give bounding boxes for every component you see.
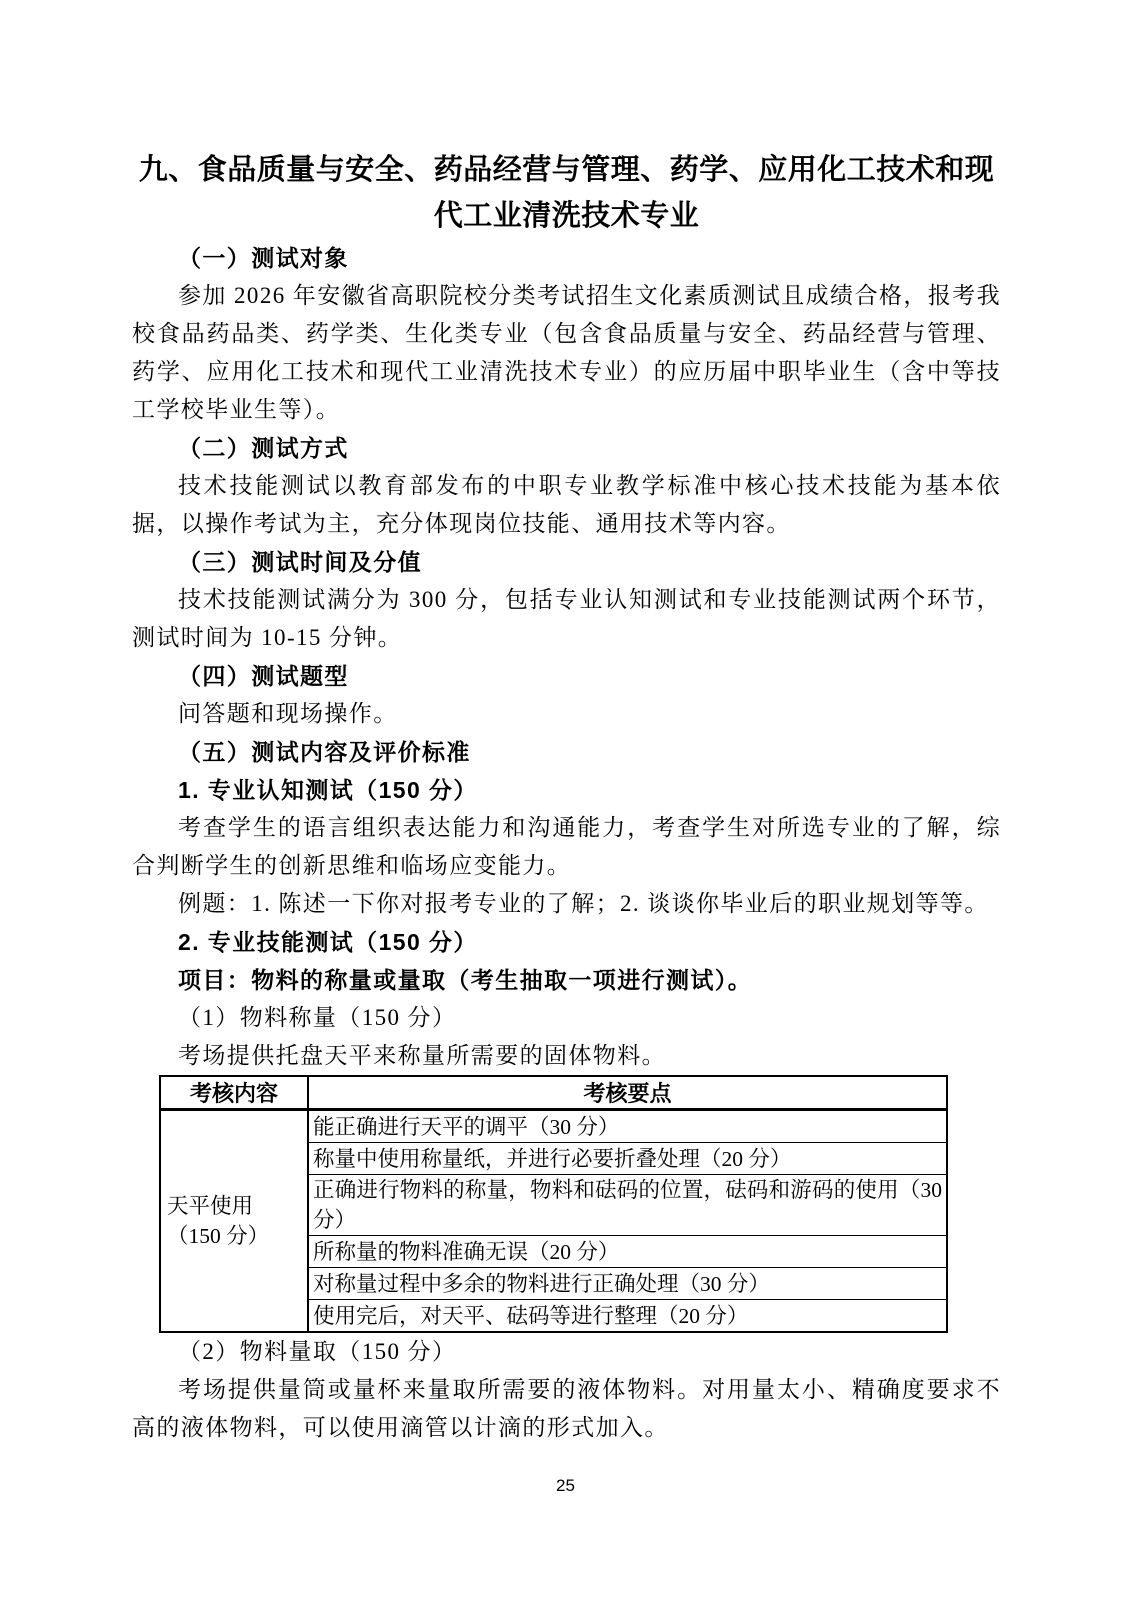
section-3-heading: （三）测试时间及分值 bbox=[132, 543, 1001, 581]
table-row: 天平使用 （150 分） 能正确进行天平的调平（30 分） bbox=[160, 1110, 947, 1143]
table-cell: 使用完后，对天平、砝码等进行整理（20 分） bbox=[308, 1300, 947, 1333]
page-number: 25 bbox=[0, 1476, 1131, 1496]
section-1-paragraph: 参加 2026 年安徽省高职院校分类考试招生文化素质测试且成绩合格，报考我校食品… bbox=[132, 277, 1001, 429]
item-2-heading: 2. 专业技能测试（150 分） bbox=[132, 923, 1001, 961]
subitem-2-heading: （2）物料量取（150 分） bbox=[132, 1333, 1001, 1371]
table-header-row: 考核内容 考核要点 bbox=[160, 1076, 947, 1110]
item-1-paragraph: 考查学生的语言组织表达能力和沟通能力，考查学生对所选专业的了解，综合判断学生的创… bbox=[132, 809, 1001, 885]
section-4-heading: （四）测试题型 bbox=[132, 657, 1001, 695]
section-2-heading: （二）测试方式 bbox=[132, 429, 1001, 467]
section-1-heading: （一）测试对象 bbox=[132, 239, 1001, 277]
table-cell: 对称量过程中多余的物料进行正确处理（30 分） bbox=[308, 1268, 947, 1300]
table-header-points: 考核要点 bbox=[308, 1076, 947, 1110]
item-2-project-line: 项目：物料的称量或量取（考生抽取一项进行测试）。 bbox=[132, 961, 1001, 999]
table-header-content: 考核内容 bbox=[160, 1076, 308, 1110]
document-page: 九、食品质量与安全、药品经营与管理、药学、应用化工技术和现代工业清洗技术专业 （… bbox=[0, 0, 1131, 1600]
table-cell: 正确进行物料的称量，物料和砝码的位置，砝码和游码的使用（30 分） bbox=[308, 1175, 947, 1236]
section-3-paragraph: 技术技能测试满分为 300 分，包括专业认知测试和专业技能测试两个环节，测试时间… bbox=[132, 581, 1001, 657]
subitem-1-paragraph: 考场提供托盘天平来称量所需要的固体物料。 bbox=[132, 1037, 1001, 1075]
assessment-criteria-table: 考核内容 考核要点 天平使用 （150 分） 能正确进行天平的调平（30 分） … bbox=[159, 1075, 948, 1333]
table-cell: 所称量的物料准确无误（20 分） bbox=[308, 1236, 947, 1268]
table-cell: 能正确进行天平的调平（30 分） bbox=[308, 1110, 947, 1143]
subitem-1-heading: （1）物料称量（150 分） bbox=[132, 999, 1001, 1037]
item-1-heading: 1. 专业认知测试（150 分） bbox=[132, 771, 1001, 809]
table-group-label: 天平使用 （150 分） bbox=[160, 1110, 308, 1333]
item-1-example: 例题：1. 陈述一下你对报考专业的了解；2. 谈谈你毕业后的职业规划等等。 bbox=[132, 885, 1001, 923]
subitem-2-paragraph: 考场提供量筒或量杯来量取所需要的液体物料。对用量太小、精确度要求不高的液体物料，… bbox=[132, 1371, 1001, 1447]
section-5-heading: （五）测试内容及评价标准 bbox=[132, 733, 1001, 771]
page-title: 九、食品质量与安全、药品经营与管理、药学、应用化工技术和现代工业清洗技术专业 bbox=[132, 147, 1001, 239]
section-4-paragraph: 问答题和现场操作。 bbox=[132, 695, 1001, 733]
section-2-paragraph: 技术技能测试以教育部发布的中职专业教学标准中核心技术技能为基本依据，以操作考试为… bbox=[132, 467, 1001, 543]
table-cell: 称量中使用称量纸，并进行必要折叠处理（20 分） bbox=[308, 1143, 947, 1175]
